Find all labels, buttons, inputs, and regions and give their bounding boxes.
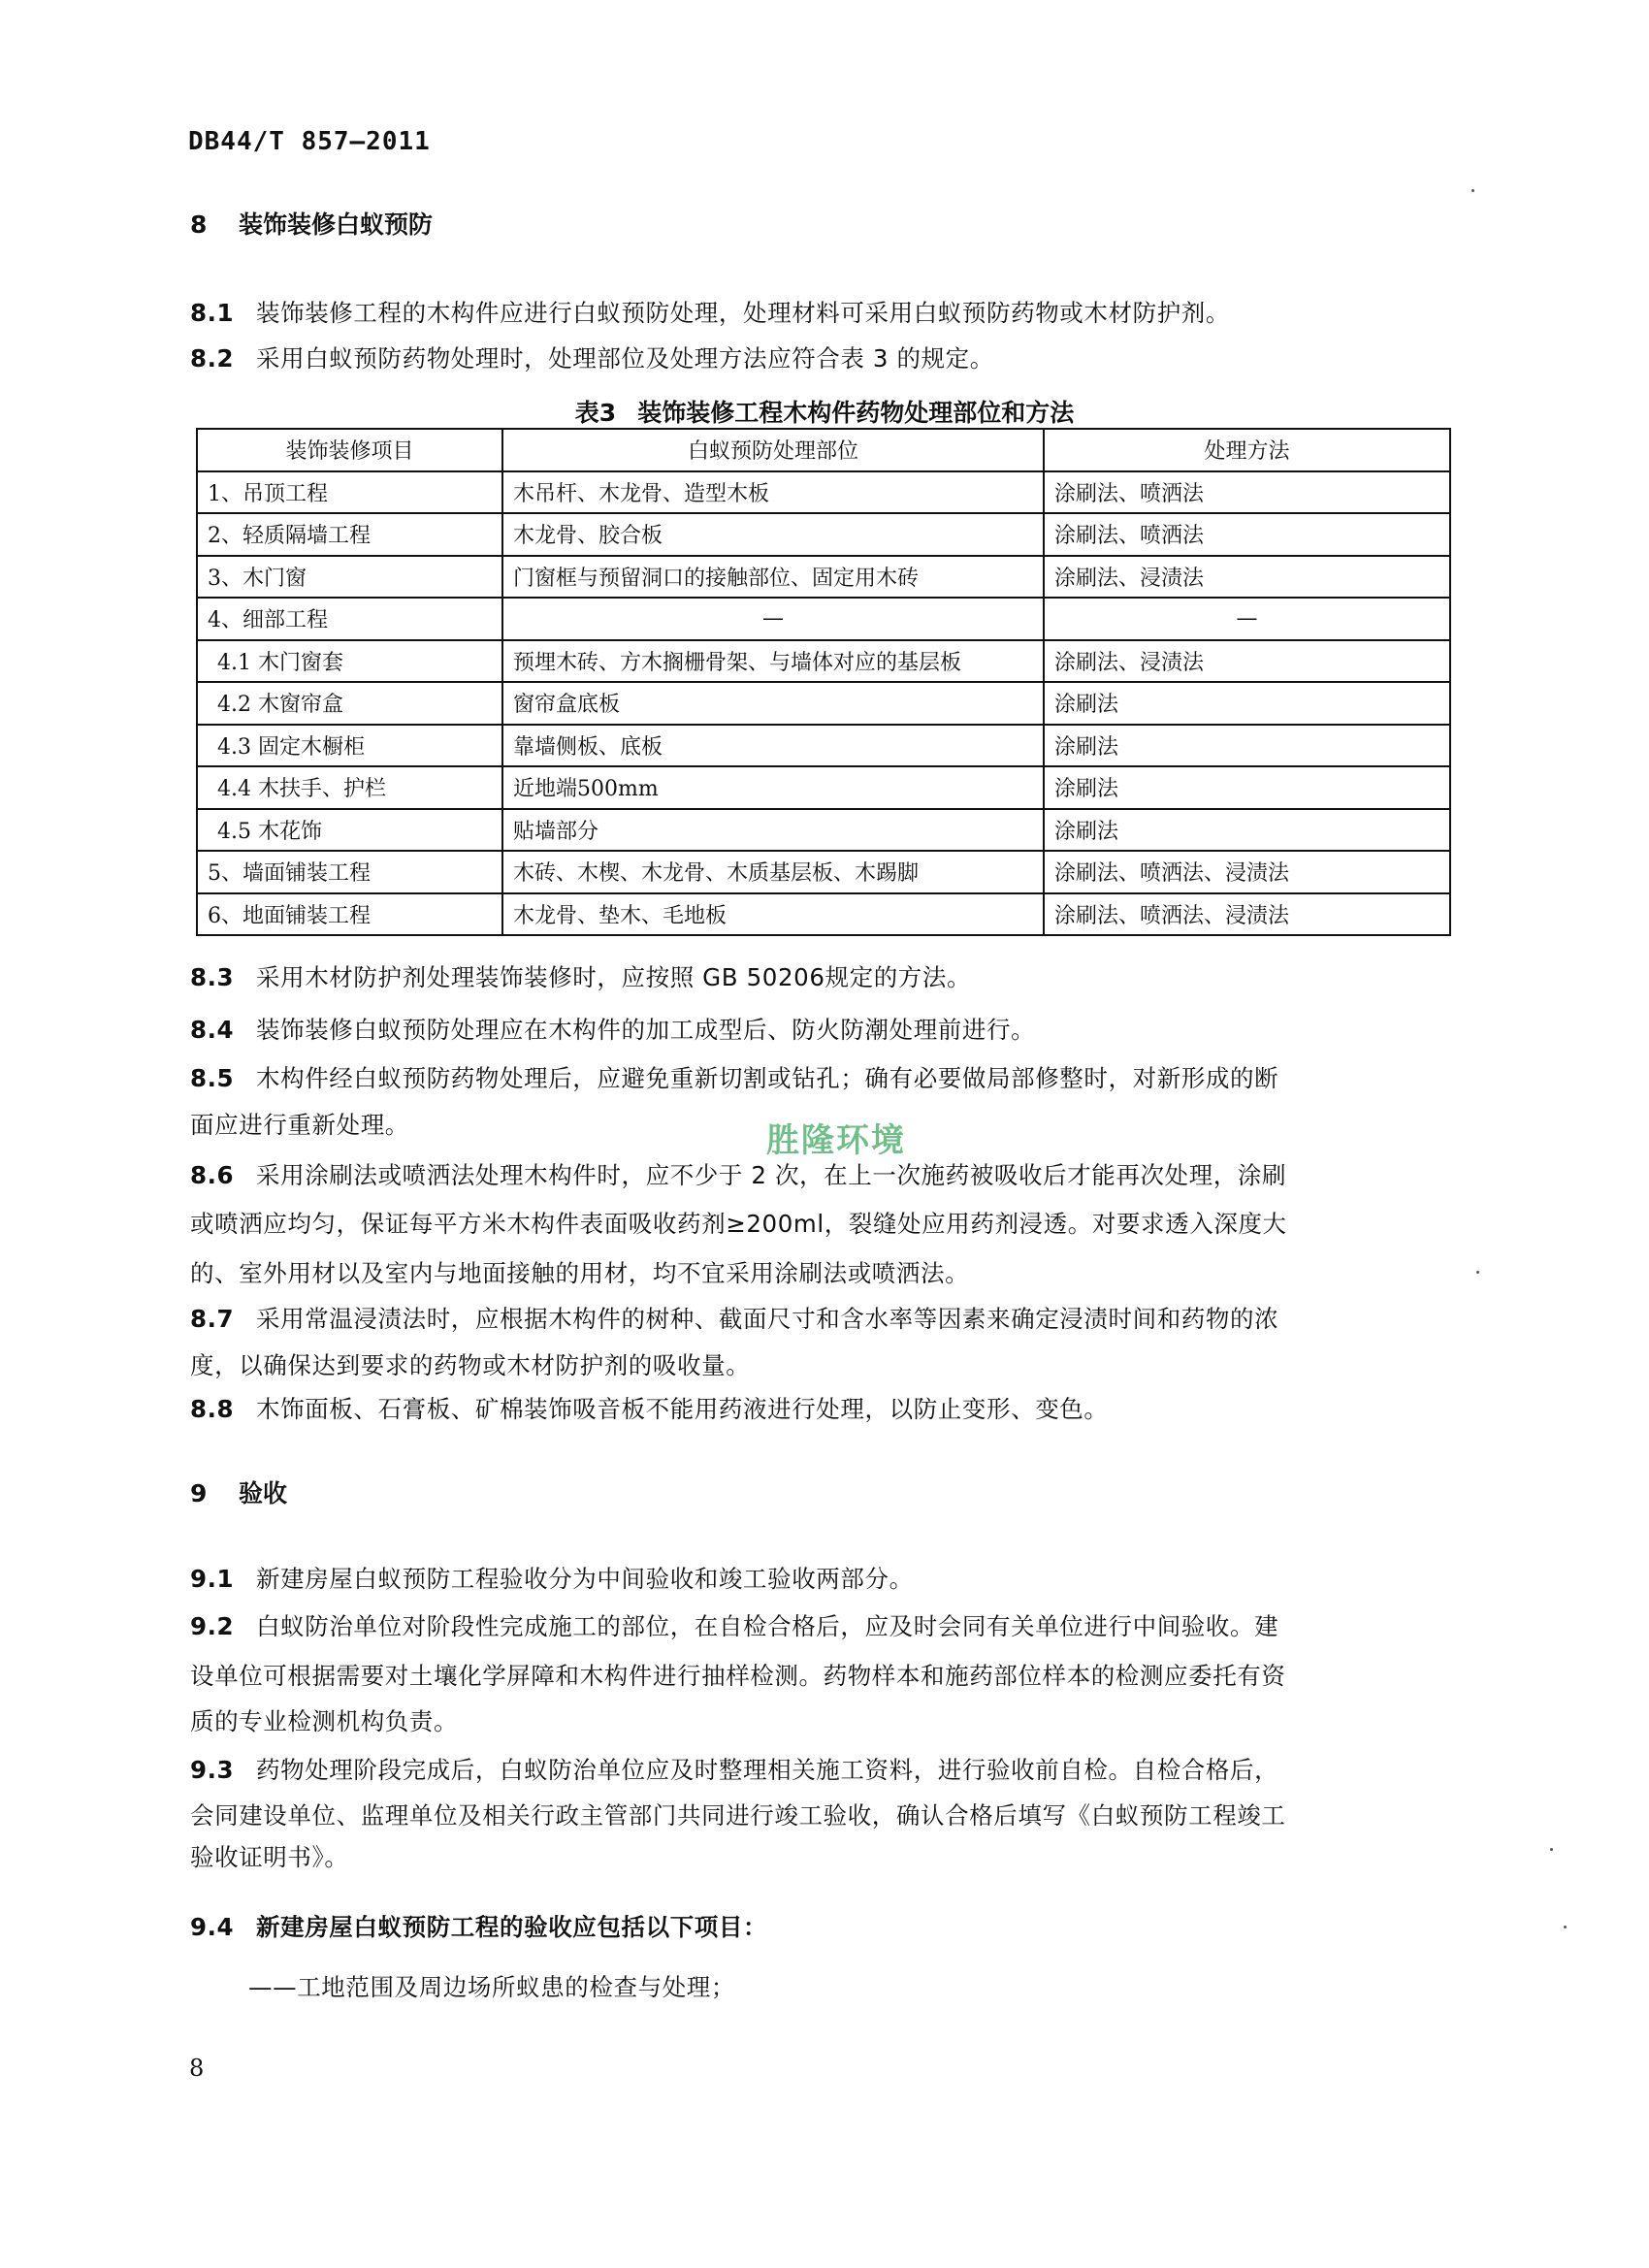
clause-text: 采用白蚁预防药物处理时，处理部位及处理方法应符合表 3 的规定。 [256, 344, 994, 373]
document-id: DB44/T 857—2011 [188, 127, 431, 156]
column-header: 装饰装修项目 [197, 429, 502, 471]
clause-number: 8.8 [190, 1398, 256, 1422]
section-8-heading: 8装饰装修白蚁预防 [190, 206, 433, 241]
clause-number: 9.4 [190, 1916, 256, 1940]
clause-8-6-cont: 或喷洒应均匀，保证每平方米木构件表面吸收药剂≥200ml，裂缝处应用药剂浸透。对… [190, 1213, 1287, 1237]
clause-8-6: 8.6采用涂刷法或喷洒法处理木构件时，应不少于 2 次，在上一次施药被吸收后才能… [190, 1164, 1286, 1188]
item-cell: 4.2 木窗帘盒 [197, 682, 502, 725]
clause-text: 采用木材防护剂处理装饰装修时，应按照 GB 50206规定的方法。 [256, 963, 971, 991]
location-cell: 木龙骨、胶合板 [502, 513, 1044, 556]
clause-text: 新建房屋白蚁预防工程验收分为中间验收和竣工验收两部分。 [256, 1565, 914, 1593]
item-cell: 4.5 木花饰 [197, 809, 502, 852]
clause-number: 8.5 [190, 1067, 256, 1091]
clause-number: 9.3 [190, 1759, 256, 1783]
table-row: 4.4 木扶手、护栏 近地端500mm 涂刷法 [197, 766, 1450, 809]
clause-text: 采用涂刷法或喷洒法处理木构件时，应不少于 2 次，在上一次施药被吸收后才能再次处… [256, 1161, 1286, 1189]
clause-8-7: 8.7采用常温浸渍法时，应根据木构件的树种、截面尺寸和含水率等因素来确定浸渍时间… [190, 1308, 1278, 1332]
clause-8-5-cont: 面应进行重新处理。 [190, 1114, 409, 1138]
location-cell: 木吊杆、木龙骨、造型木板 [502, 471, 1044, 514]
page-number: 8 [189, 2055, 204, 2082]
item-cell: 2、轻质隔墙工程 [197, 513, 502, 556]
method-cell: 涂刷法 [1044, 766, 1450, 809]
clause-number: 8.6 [190, 1164, 256, 1188]
item-cell: 4.3 固定木橱柜 [197, 725, 502, 767]
watermark: 胜隆环境 [766, 1114, 906, 1161]
section-number: 8 [190, 211, 239, 239]
clause-8-3: 8.3采用木材防护剂处理装饰装修时，应按照 GB 50206规定的方法。 [190, 966, 971, 990]
clause-number: 9.1 [190, 1568, 256, 1592]
clause-9-3-cont: 验收证明书》。 [190, 1846, 348, 1870]
table-row: 1、吊顶工程 木吊杆、木龙骨、造型木板 涂刷法、喷洒法 [197, 471, 1450, 514]
location-cell: 预埋木砖、方木搁栅骨架、与墙体对应的基层板 [502, 640, 1044, 683]
location-cell: — [502, 598, 1044, 640]
clause-text: 采用常温浸渍法时，应根据木构件的树种、截面尺寸和含水率等因素来确定浸渍时间和药物… [256, 1305, 1278, 1333]
clause-number: 8.3 [190, 966, 256, 990]
table-caption: 表3装饰装修工程木构件药物处理部位和方法 [0, 394, 1649, 429]
clause-8-5: 8.5木构件经白蚁预防药物处理后，应避免重新切割或钻孔；确有必要做局部修整时，对… [190, 1067, 1278, 1091]
item-cell: 6、地面铺装工程 [197, 893, 502, 936]
method-cell: 涂刷法 [1044, 725, 1450, 767]
clause-number: 9.2 [190, 1615, 256, 1639]
table-label: 表3 [575, 399, 616, 427]
clause-number: 8.4 [190, 1019, 256, 1043]
table-row: 5、墙面铺装工程 木砖、木楔、木龙骨、木质基层板、木踢脚 涂刷法、喷洒法、浸渍法 [197, 851, 1450, 893]
method-cell: — [1044, 598, 1450, 640]
table-row: 4.5 木花饰 贴墙部分 涂刷法 [197, 809, 1450, 852]
method-cell: 涂刷法、喷洒法 [1044, 471, 1450, 514]
clause-9-3: 9.3药物处理阶段完成后，白蚁防治单位应及时整理相关施工资料，进行验收前自检。自… [190, 1759, 1278, 1783]
clause-9-3-cont: 会同建设单位、监理单位及相关行政主管部门共同进行竣工验收，确认合格后填写《白蚁预… [190, 1804, 1286, 1829]
clause-9-2-cont: 设单位可根据需要对土壤化学屏障和木构件进行抽样检测。药物样本和施药部位样本的检测… [190, 1665, 1286, 1689]
clause-9-4: 9.4新建房屋白蚁预防工程的验收应包括以下项目： [190, 1916, 767, 1940]
method-cell: 涂刷法、喷洒法、浸渍法 [1044, 893, 1450, 936]
item-cell: 4.1 木门窗套 [197, 640, 502, 683]
clause-text: 木饰面板、石膏板、矿棉装饰吸音板不能用药液进行处理，以防止变形、变色。 [256, 1395, 1109, 1423]
table-header-row: 装饰装修项目 白蚁预防处理部位 处理方法 [197, 429, 1450, 471]
item-cell: 5、墙面铺装工程 [197, 851, 502, 893]
column-header: 白蚁预防处理部位 [502, 429, 1044, 471]
clause-9-1: 9.1新建房屋白蚁预防工程验收分为中间验收和竣工验收两部分。 [190, 1568, 914, 1592]
treatment-table: 装饰装修项目 白蚁预防处理部位 处理方法 1、吊顶工程 木吊杆、木龙骨、造型木板… [196, 428, 1451, 936]
item-cell: 1、吊顶工程 [197, 471, 502, 514]
item-cell: 4.4 木扶手、护栏 [197, 766, 502, 809]
item-cell: 4、细部工程 [197, 598, 502, 640]
location-cell: 木龙骨、垫木、毛地板 [502, 893, 1044, 936]
location-cell: 贴墙部分 [502, 809, 1044, 852]
scan-speck [1476, 1271, 1479, 1274]
clause-8-7-cont: 度，以确保达到要求的药物或木材防护剂的吸收量。 [190, 1354, 750, 1378]
list-item: ——工地范围及周边场所蚁患的检查与处理； [248, 1969, 735, 2003]
clause-number: 8.2 [190, 347, 256, 372]
location-cell: 靠墙侧板、底板 [502, 725, 1044, 767]
table-row: 4.3 固定木橱柜 靠墙侧板、底板 涂刷法 [197, 725, 1450, 767]
clause-text: 木构件经白蚁预防药物处理后，应避免重新切割或钻孔；确有必要做局部修整时，对新形成… [256, 1064, 1278, 1092]
method-cell: 涂刷法、浸渍法 [1044, 556, 1450, 599]
table-row: 6、地面铺装工程 木龙骨、垫木、毛地板 涂刷法、喷洒法、浸渍法 [197, 893, 1450, 936]
section-title: 装饰装修白蚁预防 [239, 211, 433, 239]
table-row: 3、木门窗 门窗框与预留洞口的接触部位、固定用木砖 涂刷法、浸渍法 [197, 556, 1450, 599]
table-row: 2、轻质隔墙工程 木龙骨、胶合板 涂刷法、喷洒法 [197, 513, 1450, 556]
method-cell: 涂刷法、浸渍法 [1044, 640, 1450, 683]
scan-speck [1550, 1848, 1553, 1851]
scan-speck [1564, 1926, 1567, 1928]
column-header: 处理方法 [1044, 429, 1450, 471]
table-title: 装饰装修工程木构件药物处理部位和方法 [637, 399, 1074, 427]
section-title: 验收 [239, 1479, 287, 1507]
location-cell: 门窗框与预留洞口的接触部位、固定用木砖 [502, 556, 1044, 599]
clause-8-8: 8.8木饰面板、石膏板、矿棉装饰吸音板不能用药液进行处理，以防止变形、变色。 [190, 1398, 1109, 1422]
clause-text: 新建房屋白蚁预防工程的验收应包括以下项目： [256, 1913, 767, 1941]
section-number: 9 [190, 1479, 239, 1507]
clause-8-4: 8.4装饰装修白蚁预防处理应在木构件的加工成型后、防火防潮处理前进行。 [190, 1019, 1035, 1043]
clause-8-6-cont: 的、室外用材以及室内与地面接触的用材，均不宜采用涂刷法或喷洒法。 [190, 1262, 969, 1286]
clause-9-2: 9.2白蚁防治单位对阶段性完成施工的部位，在自检合格后，应及时会同有关单位进行中… [190, 1615, 1278, 1639]
scan-speck [1471, 189, 1474, 192]
method-cell: 涂刷法、喷洒法、浸渍法 [1044, 851, 1450, 893]
clause-text: 药物处理阶段完成后，白蚁防治单位应及时整理相关施工资料，进行验收前自检。自检合格… [256, 1756, 1278, 1784]
clause-number: 8.7 [190, 1308, 256, 1332]
method-cell: 涂刷法 [1044, 682, 1450, 725]
table-row: 4.2 木窗帘盒 窗帘盒底板 涂刷法 [197, 682, 1450, 725]
clause-8-2: 8.2采用白蚁预防药物处理时，处理部位及处理方法应符合表 3 的规定。 [190, 347, 994, 372]
clause-number: 8.1 [190, 302, 256, 326]
method-cell: 涂刷法 [1044, 809, 1450, 852]
location-cell: 近地端500mm [502, 766, 1044, 809]
method-cell: 涂刷法、喷洒法 [1044, 513, 1450, 556]
section-9-heading: 9验收 [190, 1474, 287, 1509]
clause-text: 白蚁防治单位对阶段性完成施工的部位，在自检合格后，应及时会同有关单位进行中间验收… [256, 1612, 1278, 1640]
item-cell: 3、木门窗 [197, 556, 502, 599]
table-row: 4.1 木门窗套 预埋木砖、方木搁栅骨架、与墙体对应的基层板 涂刷法、浸渍法 [197, 640, 1450, 683]
table-row: 4、细部工程 — — [197, 598, 1450, 640]
location-cell: 窗帘盒底板 [502, 682, 1044, 725]
clause-8-1: 8.1装饰装修工程的木构件应进行白蚁预防处理，处理材料可采用白蚁预防药物或木材防… [190, 302, 1230, 326]
location-cell: 木砖、木楔、木龙骨、木质基层板、木踢脚 [502, 851, 1044, 893]
clause-text: 装饰装修工程的木构件应进行白蚁预防处理，处理材料可采用白蚁预防药物或木材防护剂。 [256, 299, 1230, 327]
clause-9-2-cont: 质的专业检测机构负责。 [190, 1710, 458, 1734]
clause-text: 装饰装修白蚁预防处理应在木构件的加工成型后、防火防潮处理前进行。 [256, 1016, 1035, 1044]
